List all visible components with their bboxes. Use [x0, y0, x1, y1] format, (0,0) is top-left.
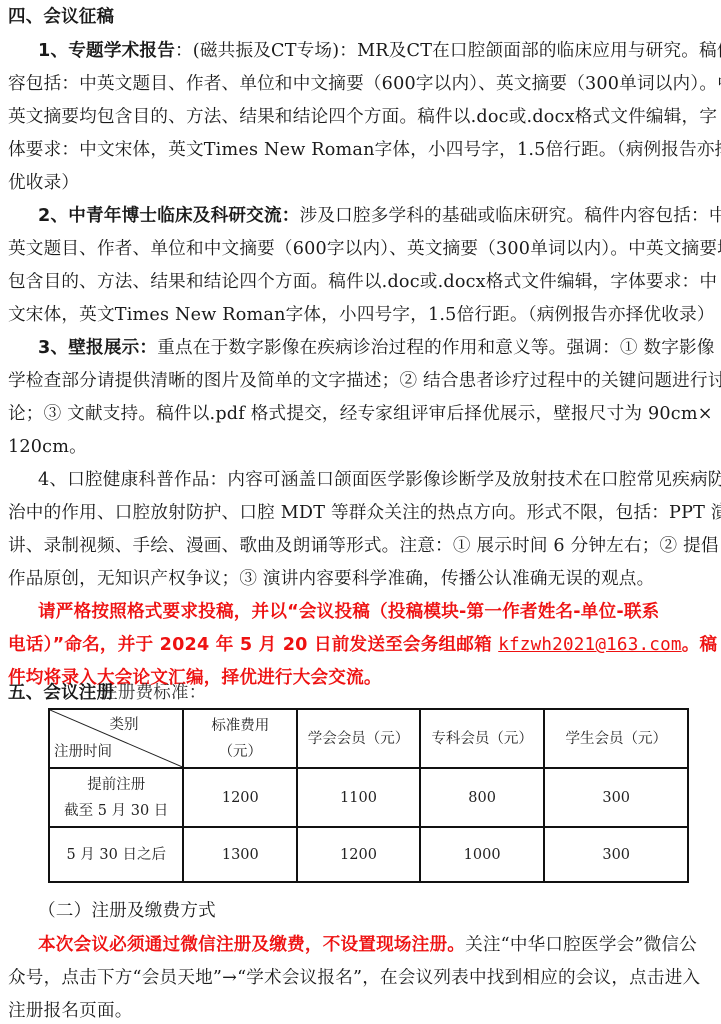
fee-cell: 800 — [420, 768, 545, 827]
section-5-heading-bold: 五、会议注册 — [8, 683, 114, 703]
item-2-text: 涉及口腔多学科的基础或临床研究。稿件内容包括：中 — [300, 206, 721, 226]
fee-cell: 1000 — [420, 827, 545, 882]
item-3-line-4: 120cm。 — [8, 436, 87, 458]
header-specialty-member: 专科会员（元） — [420, 709, 545, 768]
notice-line-1: 请严格按照格式要求投稿，并以“会议投稿（投稿模块-第一作者姓名-单位-联系 — [38, 601, 659, 623]
section-4-heading: 四、会议征稿 — [8, 6, 114, 28]
item-1-line-5: 优收录） — [8, 172, 79, 194]
item-4-line-2: 治中的作用、口腔放射防护、口腔 MDT 等群众关注的热点方向。形式不限，包括：P… — [8, 502, 721, 524]
subsection-2-heading: （二）注册及缴费方式 — [38, 900, 216, 922]
notice-line-2: 电话）”命名，并于 2024 年 5 月 20 日前发送至会务组邮箱 kfzwh… — [8, 634, 717, 656]
header-standard-line-2: （元） — [184, 739, 296, 765]
payment-line-3: 注册报名页面。 — [8, 1000, 133, 1022]
fee-cell: 1200 — [183, 768, 297, 827]
header-standard: 标准费用 （元） — [183, 709, 297, 768]
corner-period-label: 注册时间 — [54, 739, 112, 765]
item-1-text: ：(磁共振及CT专场)：MR及CT在口腔颌面部的临床应用与研究。稿件内 — [175, 41, 721, 61]
corner-category-label: 类别 — [109, 712, 138, 738]
item-2-label: 2、中青年博士临床及科研交流： — [38, 206, 300, 226]
fee-cell: 300 — [544, 827, 688, 882]
item-3-line-2: 学检查部分请提供清晰的图片及简单的文字描述；② 结合患者诊疗过程中的关键问题进行… — [8, 370, 721, 392]
table-row: 5 月 30 日之后 1300 1200 1000 300 — [49, 827, 688, 882]
registration-fee-table: 类别 注册时间 标准费用 （元） 学会会员（元） 专科会员（元） 学生会员（元）… — [48, 708, 689, 883]
item-3-line-1: 3、壁报展示：重点在于数字影像在疾病诊治过程的作用和意义等。强调：① 数字影像 — [38, 337, 715, 359]
table-header-row: 类别 注册时间 标准费用 （元） 学会会员（元） 专科会员（元） 学生会员（元） — [49, 709, 688, 768]
email-link[interactable]: kfzwh2021@163.com — [498, 635, 681, 655]
item-4-line-1: 4、口腔健康科普作品：内容可涵盖口颌面医学影像诊断学及放射技术在口腔常见疾病防 — [38, 469, 721, 491]
payment-line-1-rest: 关注“中华口腔医学会”微信公 — [465, 935, 697, 955]
item-4-line-4: 作品原创，无知识产权争议；③ 演讲内容要科学准确，传播公认准确无误的观点。 — [8, 568, 654, 590]
header-student-member: 学生会员（元） — [544, 709, 688, 768]
item-2-line-1: 2、中青年博士临床及科研交流：涉及口腔多学科的基础或临床研究。稿件内容包括：中 — [38, 205, 721, 227]
payment-line-2: 众号，点击下方“会员天地”→“学术会议报名”，在会议列表中找到相应的会议，点击进… — [8, 967, 700, 989]
item-1-line-1: 1、专题学术报告：(磁共振及CT专场)：MR及CT在口腔颌面部的临床应用与研究。… — [38, 40, 721, 62]
item-3-line-3: 论；③ 文献支持。稿件以.pdf 格式提交，经专家组评审后择优展示，壁报尺寸为 … — [8, 403, 713, 425]
item-2-line-2: 英文题目、作者、单位和中文摘要（600字以内）、英文摘要（300单词以内）。中英… — [8, 238, 721, 260]
table-row: 提前注册 截至 5 月 30 日 1200 1100 800 300 — [49, 768, 688, 827]
fee-cell: 1200 — [297, 827, 420, 882]
item-3-label: 3、壁报展示： — [38, 338, 157, 358]
corner-cell: 类别 注册时间 — [49, 709, 183, 768]
notice-line-2-text: 电话）”命名，并于 2024 年 5 月 20 日前发送至会务组邮箱 — [8, 635, 498, 655]
section-5-heading-ghost: 注册费标准： — [100, 683, 206, 703]
item-1-line-2: 容包括：中英文题目、作者、单位和中文摘要（600字以内）、英文摘要（300单词以… — [8, 73, 721, 95]
period-cell: 5 月 30 日之后 — [49, 827, 183, 882]
item-2-line-4: 文宋体，英文Times New Roman字体，小四号字，1.5倍行距。（病例报… — [8, 304, 715, 326]
item-1-line-4: 体要求：中文宋体，英文Times New Roman字体，小四号字，1.5倍行距… — [8, 139, 721, 161]
item-1-line-3: 英文摘要均包含目的、方法、结果和结论四个方面。稿件以.doc或.docx格式文件… — [8, 106, 717, 128]
payment-red-notice: 本次会议必须通过微信注册及缴费，不设置现场注册。 — [38, 935, 465, 955]
item-4-line-3: 讲、录制视频、手绘、漫画、歌曲及朗诵等形式。注意：① 展示时间 6 分钟左右；②… — [8, 535, 719, 557]
item-2-line-3: 包含目的、方法、结果和结论四个方面。稿件以.doc或.docx格式文件编辑，字体… — [8, 271, 717, 293]
payment-line-1: 本次会议必须通过微信注册及缴费，不设置现场注册。关注“中华口腔医学会”微信公 — [38, 934, 697, 956]
fee-cell: 1100 — [297, 768, 420, 827]
section-5-heading: 五、会议注册 注册费标准： — [8, 682, 206, 704]
period-cell: 提前注册 截至 5 月 30 日 — [49, 768, 183, 827]
period-line-2: 截至 5 月 30 日 — [50, 798, 182, 824]
header-standard-line-1: 标准费用 — [184, 713, 296, 739]
notice-line-2-end: 。稿 — [682, 635, 718, 655]
item-1-label: 1、专题学术报告 — [38, 41, 175, 61]
header-society-member: 学会会员（元） — [297, 709, 420, 768]
fee-cell: 1300 — [183, 827, 297, 882]
period-line-1: 提前注册 — [50, 772, 182, 798]
item-3-text: 重点在于数字影像在疾病诊治过程的作用和意义等。强调：① 数字影像 — [157, 338, 714, 358]
fee-cell: 300 — [544, 768, 688, 827]
